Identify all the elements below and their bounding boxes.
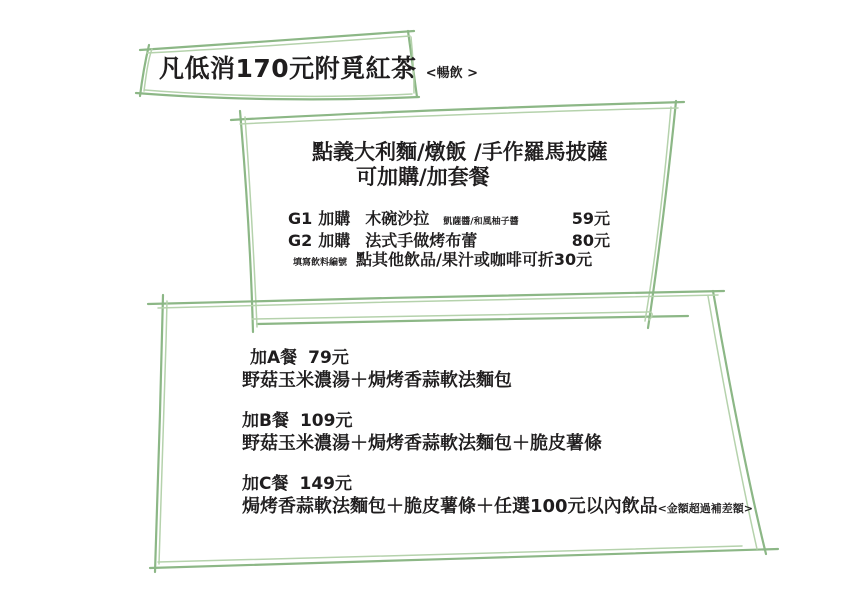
combo-a-name: 加A餐 bbox=[250, 348, 297, 369]
combo-c-desc-line: 焗烤香蒜軟法麵包＋脆皮薯條＋任選100元以內飲品 <金額超過補差額> bbox=[242, 496, 753, 520]
addon-g1-note: 凱薩醬/和風柚子醬 bbox=[443, 212, 518, 232]
addon-g2-price: 80元 bbox=[572, 231, 610, 251]
combo-a-head: 加A餐 79元 bbox=[242, 348, 512, 369]
addon-g1-code: G1 bbox=[288, 209, 312, 229]
combo-a-desc-line: 野菇玉米濃湯＋焗烤香蒜軟法麵包 bbox=[242, 370, 512, 392]
menu-page: 凡低消170元附覓紅茶 <暢飲 > 點義大利麵/燉飯 /手作羅馬披薩 可加購/加… bbox=[0, 0, 850, 597]
addon-g2-name: 法式手做烤布蕾 bbox=[365, 231, 477, 251]
addon-row-g1: G1 加購 木碗沙拉 凱薩醬/和風柚子醬 59元 bbox=[288, 209, 610, 232]
addon-row-g2: G2 加購 法式手做烤布蕾 80元 bbox=[288, 231, 610, 251]
banner-text: 凡低消170元附覓紅茶 bbox=[159, 49, 417, 85]
drink-discount-text: 點其他飲品/果汁或咖啡可折30元 bbox=[356, 250, 592, 270]
addon-title-line2: 可加購/加套餐 bbox=[356, 165, 490, 189]
combo-c-price: 149元 bbox=[299, 474, 352, 495]
combo-a: 加A餐 79元 野菇玉米濃湯＋焗烤香蒜軟法麵包 bbox=[242, 348, 512, 392]
addon-g2-action: 加購 bbox=[318, 231, 350, 251]
combo-b-desc: 野菇玉米濃湯＋焗烤香蒜軟法麵包＋脆皮薯條 bbox=[242, 433, 602, 455]
addon-g1-price: 59元 bbox=[572, 209, 610, 229]
minimum-charge-banner: 凡低消170元附覓紅茶 <暢飲 > bbox=[159, 49, 478, 85]
combo-a-desc: 野菇玉米濃湯＋焗烤香蒜軟法麵包 bbox=[242, 370, 512, 392]
combo-c: 加C餐 149元 焗烤香蒜軟法麵包＋脆皮薯條＋任選100元以內飲品 <金額超過補… bbox=[242, 474, 753, 520]
addon-g1-action: 加購 bbox=[318, 209, 350, 229]
addon-g1-name: 木碗沙拉 bbox=[365, 209, 429, 229]
combo-b-price: 109元 bbox=[300, 411, 353, 432]
addon-g2-code: G2 bbox=[288, 231, 312, 251]
combo-c-head: 加C餐 149元 bbox=[242, 474, 753, 495]
combo-b: 加B餐 109元 野菇玉米濃湯＋焗烤香蒜軟法麵包＋脆皮薯條 bbox=[242, 411, 602, 455]
combo-c-note: <金額超過補差額> bbox=[658, 498, 753, 520]
combo-b-name: 加B餐 bbox=[242, 411, 289, 432]
addon-title-line1: 點義大利麵/燉飯 /手作羅馬披薩 bbox=[312, 140, 608, 164]
addon-drink-row: 填寫飲料編號 點其他飲品/果汁或咖啡可折30元 bbox=[293, 250, 610, 273]
combo-b-desc-line: 野菇玉米濃湯＋焗烤香蒜軟法麵包＋脆皮薯條 bbox=[242, 433, 602, 455]
combo-a-price: 79元 bbox=[308, 348, 349, 369]
banner-note: <暢飲 > bbox=[426, 62, 478, 81]
drink-code-label: 填寫飲料編號 bbox=[293, 253, 347, 273]
combo-c-desc: 焗烤香蒜軟法麵包＋脆皮薯條＋任選100元以內飲品 bbox=[242, 496, 658, 518]
combo-b-head: 加B餐 109元 bbox=[242, 411, 602, 432]
combo-c-name: 加C餐 bbox=[242, 474, 288, 495]
